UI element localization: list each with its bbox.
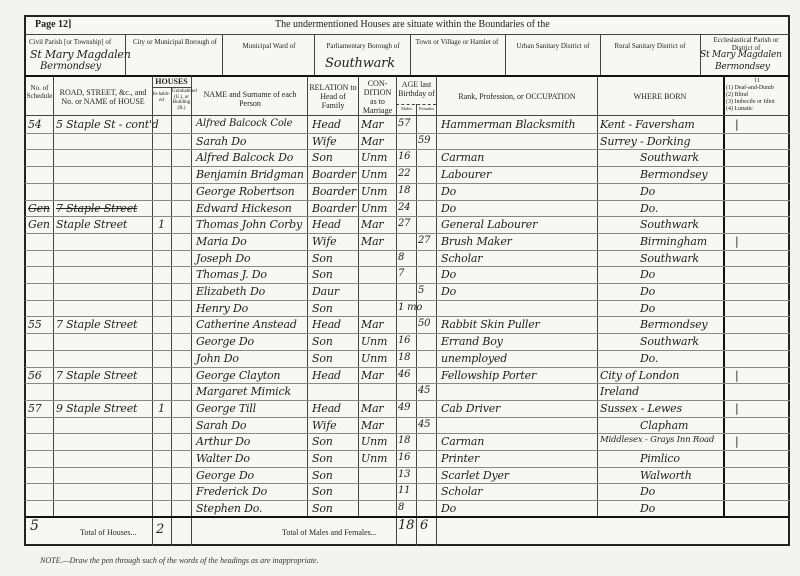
occupation-cell: Cab Driver [441, 402, 500, 415]
row-divider [25, 183, 790, 184]
name-cell: Alfred Balcock Do [196, 151, 293, 164]
where-born-cell: Kent - Faversham [600, 118, 695, 131]
male-age-cell: 7 [398, 268, 404, 279]
infirmity-3: (3) Imbecile or Idiot [726, 99, 788, 106]
name-cell: John Do [196, 352, 239, 365]
col-header-females: Females [417, 106, 436, 111]
occupation-cell: Labourer [441, 168, 491, 181]
city-label: City or Municipal Borough of [130, 38, 220, 46]
relation-cell: Head [312, 118, 341, 131]
occupation-cell: Scarlet Dyer [441, 469, 509, 482]
where-born-cell: Do. [640, 352, 658, 365]
row-divider [25, 149, 790, 150]
infirmity-cell: | [735, 235, 739, 248]
col-divider [396, 76, 397, 546]
row-divider [25, 483, 790, 484]
col-header-road: ROAD, STREET, &c., and No. or NAME of HO… [56, 88, 150, 106]
row-divider [25, 300, 790, 301]
male-age-cell: 8 [398, 502, 404, 513]
divider [505, 35, 506, 75]
relation-cell: Son [312, 151, 333, 164]
row-divider [25, 283, 790, 284]
condition-cell: Unm [361, 435, 387, 448]
schedule-cell: 56 [28, 369, 42, 382]
relation-cell: Head [312, 318, 341, 331]
urban-label: Urban Sanitary District of [507, 42, 599, 50]
row-divider [25, 467, 790, 468]
schedule-cell: 54 [28, 118, 42, 131]
row-divider [25, 333, 790, 334]
occupation-cell: General Labourer [441, 218, 537, 231]
where-born-cell: Bermondsey [640, 318, 707, 331]
divider [25, 34, 790, 35]
relation-cell: Son [312, 268, 333, 281]
name-cell: George Till [196, 402, 256, 415]
name-cell: George Clayton [196, 369, 280, 382]
rural-label: Rural Sanitary District of [602, 42, 698, 50]
relation-cell: Son [312, 502, 333, 515]
total-houses-value: 2 [156, 522, 164, 537]
male-age-cell: 11 [398, 485, 410, 496]
female-age-cell: 45 [418, 385, 430, 396]
col-header-condition: CON-DITION as to Marriage [360, 79, 395, 115]
occupation-cell: Do [441, 285, 456, 298]
row-divider [25, 350, 790, 351]
relation-cell: Son [312, 452, 333, 465]
male-age-cell: 24 [398, 202, 410, 213]
civil-parish-label: Civil Parish [or Township] of [29, 38, 111, 46]
where-born-cell: Walworth [640, 469, 692, 482]
row-divider [25, 200, 790, 201]
parl-borough-label: Parliamentary Borough of [318, 42, 408, 50]
infirmity-1: (1) Deaf-and-Dumb [726, 85, 788, 92]
condition-cell: Unm [361, 335, 387, 348]
relation-cell: Wife [312, 135, 336, 148]
total-persons-label: Total of Males and Females... [282, 528, 377, 537]
where-born-cell: Do [640, 268, 655, 281]
infirmity-2: (2) Blind [726, 92, 788, 99]
infirmity-number: 11 [726, 78, 788, 85]
occupation-cell: Do [441, 202, 456, 215]
divider [396, 104, 436, 105]
relation-cell: Boarder [312, 202, 356, 215]
road-cell: Staple Street [56, 218, 127, 231]
name-cell: Alfred Balcock Cole [196, 118, 292, 129]
total-females-value: 6 [420, 518, 428, 533]
condition-cell: Mar [361, 369, 383, 382]
male-age-cell: 18 [398, 185, 410, 196]
total-males-value: 18 [398, 518, 414, 533]
where-born-cell: Clapham [640, 419, 688, 432]
col-divider [152, 76, 153, 546]
col-header-infirmity: 11 (1) Deaf-and-Dumb (2) Blind (3) Imbec… [726, 78, 788, 113]
occupation-cell: Carman [441, 151, 484, 164]
relation-cell: Boarder [312, 168, 356, 181]
where-born-cell: Surrey - Dorking [600, 135, 690, 148]
inhabited-cell: 1 [158, 402, 165, 415]
inhabited-cell: 1 [158, 218, 165, 231]
col-header-schedule: No. of Schedule [26, 84, 53, 100]
relation-cell: Wife [312, 419, 336, 432]
male-age-cell: 13 [398, 469, 410, 480]
male-age-cell: 16 [398, 452, 410, 463]
name-cell: Catherine Anstead [196, 318, 297, 331]
town-label: Town or Village or Hamlet of [412, 38, 502, 46]
relation-cell: Son [312, 302, 333, 315]
civil-parish-value-2: Bermondsey [40, 61, 101, 72]
female-age-cell: 5 [418, 285, 424, 296]
col-header-relation: RELATION to Head of Family [308, 83, 358, 110]
relation-cell: Head [312, 369, 341, 382]
male-age-cell: 49 [398, 402, 410, 413]
col-header-houses: HOUSES [152, 77, 191, 86]
condition-cell: Mar [361, 402, 383, 415]
ward-label: Municipal Ward of [226, 42, 312, 50]
where-born-cell: Southwark [640, 218, 699, 231]
relation-cell: Son [312, 335, 333, 348]
col-divider [191, 76, 192, 546]
civil-parish-value: St Mary Magdalen [30, 48, 131, 61]
name-cell: George Do [196, 469, 254, 482]
schedules-total: 5 [30, 518, 39, 534]
name-cell: Stephen Do. [196, 502, 262, 515]
where-born-cell: Bermondsey [640, 168, 707, 181]
male-age-cell: 22 [398, 168, 410, 179]
row-divider [25, 266, 790, 267]
relation-cell: Wife [312, 235, 336, 248]
divider [600, 35, 601, 75]
row-divider [25, 400, 790, 401]
infirmity-cell: | [735, 402, 739, 415]
row-divider [25, 166, 790, 167]
col-header-occupation: Rank, Profession, or OCCUPATION [438, 92, 596, 101]
col-divider [436, 76, 437, 546]
where-born-cell: Pimlico [640, 452, 680, 465]
occupation-cell: Brush Maker [441, 235, 512, 248]
male-age-cell: 8 [398, 252, 404, 263]
relation-cell: Son [312, 469, 333, 482]
where-born-cell: Southwark [640, 335, 699, 348]
relation-cell: Son [312, 435, 333, 448]
condition-cell: Unm [361, 452, 387, 465]
col-header-where-born: WHERE BORN [598, 92, 722, 101]
infirmity-4: (4) Lunatic [726, 106, 788, 113]
condition-cell: Mar [361, 235, 383, 248]
male-age-cell: 1 mo [398, 302, 422, 313]
divider [152, 87, 191, 88]
name-cell: Arthur Do [196, 435, 250, 448]
female-age-cell: 59 [418, 135, 430, 146]
relation-cell: Boarder [312, 185, 356, 198]
divider [25, 115, 790, 116]
condition-cell: Mar [361, 419, 383, 432]
infirmity-cell: | [735, 118, 739, 131]
occupation-cell: Errand Boy [441, 335, 503, 348]
condition-cell: Mar [361, 135, 383, 148]
male-age-cell: 27 [398, 218, 410, 229]
row-divider [25, 433, 790, 434]
occupation-cell: Rabbit Skin Puller [441, 318, 540, 331]
occupation-cell: Carman [441, 435, 484, 448]
condition-cell: Mar [361, 318, 383, 331]
relation-cell: Head [312, 402, 341, 415]
schedule-cell: 57 [28, 402, 42, 415]
col-header-males: Males [397, 106, 416, 111]
page-label: Page 12] [35, 19, 71, 30]
occupation-cell: Do [441, 502, 456, 515]
name-cell: Elizabeth Do [196, 285, 265, 298]
condition-cell: Unm [361, 185, 387, 198]
road-cell: 5 Staple St - cont'd [56, 118, 159, 131]
where-born-cell: Do [640, 302, 655, 315]
name-cell: Walter Do [196, 452, 250, 465]
name-cell: Edward Hickeson [196, 202, 292, 215]
male-age-cell: 18 [398, 435, 410, 446]
page-title: The undermentioned Houses are situate wi… [275, 19, 550, 30]
road-cell: 7 Staple Street [56, 318, 137, 331]
occupation-cell: Printer [441, 452, 479, 465]
infirmity-cell: | [735, 369, 739, 382]
male-age-cell: 16 [398, 151, 410, 162]
name-cell: Thomas J. Do [196, 268, 267, 281]
eccl-value-2: Bermondsey [715, 62, 770, 72]
where-born-cell: City of London [600, 369, 679, 382]
where-born-cell: Do. [640, 202, 658, 215]
condition-cell: Unm [361, 202, 387, 215]
where-born-cell: Southwark [640, 151, 699, 164]
name-cell: Benjamin Bridgman [196, 168, 304, 181]
row-divider [25, 233, 790, 234]
name-cell: Maria Do [196, 235, 247, 248]
row-divider [25, 316, 790, 317]
occupation-cell: Do [441, 185, 456, 198]
where-born-cell: Do [640, 285, 655, 298]
name-cell: Sarah Do [196, 419, 246, 432]
name-cell: Frederick Do [196, 485, 267, 498]
divider [410, 35, 411, 75]
road-cell: 7 Staple Street [56, 202, 137, 215]
condition-cell: Unm [361, 168, 387, 181]
occupation-cell: Scholar [441, 252, 482, 265]
where-born-cell: Middlesex - Grays Inn Road [600, 435, 714, 445]
occupation-cell: Hammerman Blacksmith [441, 118, 575, 131]
name-cell: Henry Do [196, 302, 248, 315]
col-header-inhabited: In-habit-ed [152, 92, 171, 104]
relation-cell: Head [312, 218, 341, 231]
footer-note: NOTE.—Draw the pen through such of the w… [40, 556, 319, 565]
divider [314, 35, 315, 75]
parl-borough-value: Southwark [325, 56, 395, 71]
relation-cell: Daur [312, 285, 339, 298]
col-header-age: AGE last Birthday of [397, 80, 436, 98]
female-age-cell: 45 [418, 419, 430, 430]
where-born-cell: Do [640, 485, 655, 498]
where-born-cell: Do [640, 185, 655, 198]
total-houses-label: Total of Houses... [80, 528, 137, 537]
schedule-cell: 55 [28, 318, 42, 331]
divider [25, 75, 790, 77]
row-divider [25, 133, 790, 134]
where-born-cell: Do [640, 502, 655, 515]
col-divider [416, 104, 417, 546]
row-divider [25, 450, 790, 451]
row-divider [25, 216, 790, 217]
occupation-cell: Scholar [441, 485, 482, 498]
where-born-cell: Sussex - Lewes [600, 402, 682, 415]
relation-cell: Son [312, 252, 333, 265]
schedule-cell: Gen [28, 202, 50, 215]
where-born-cell: Birmingham [640, 235, 707, 248]
female-age-cell: 27 [418, 235, 430, 246]
road-cell: 7 Staple Street [56, 369, 137, 382]
occupation-cell: unemployed [441, 352, 507, 365]
name-cell: George Robertson [196, 185, 295, 198]
condition-cell: Unm [361, 151, 387, 164]
name-cell: Margaret Mimick [196, 385, 291, 398]
condition-cell: Mar [361, 118, 383, 131]
row-divider [25, 417, 790, 418]
where-born-cell: Southwark [640, 252, 699, 265]
occupation-cell: Do [441, 268, 456, 281]
male-age-cell: 57 [398, 118, 410, 129]
female-age-cell: 50 [418, 318, 430, 329]
infirmity-cell: | [735, 435, 739, 448]
row-divider [25, 367, 790, 368]
occupation-cell: Fellowship Porter [441, 369, 536, 382]
road-cell: 9 Staple Street [56, 402, 137, 415]
col-header-name: NAME and Surname of each Person [196, 90, 304, 108]
name-cell: Sarah Do [196, 135, 246, 148]
row-divider [25, 383, 790, 384]
male-age-cell: 16 [398, 335, 410, 346]
where-born-cell: Ireland [600, 385, 639, 398]
relation-cell: Son [312, 352, 333, 365]
col-header-uninhabited: Uninhabited (U.), or Building (B.) [172, 89, 191, 111]
name-cell: Thomas John Corby [196, 218, 302, 231]
row-divider [25, 250, 790, 251]
male-age-cell: 46 [398, 369, 410, 380]
relation-cell: Son [312, 485, 333, 498]
condition-cell: Unm [361, 352, 387, 365]
divider [222, 35, 223, 75]
name-cell: Joseph Do [196, 252, 250, 265]
row-divider [25, 500, 790, 501]
condition-cell: Mar [361, 218, 383, 231]
eccl-value: St Mary Magdalen [700, 50, 782, 60]
name-cell: George Do [196, 335, 254, 348]
male-age-cell: 18 [398, 352, 410, 363]
schedule-cell: Gen [28, 218, 50, 231]
